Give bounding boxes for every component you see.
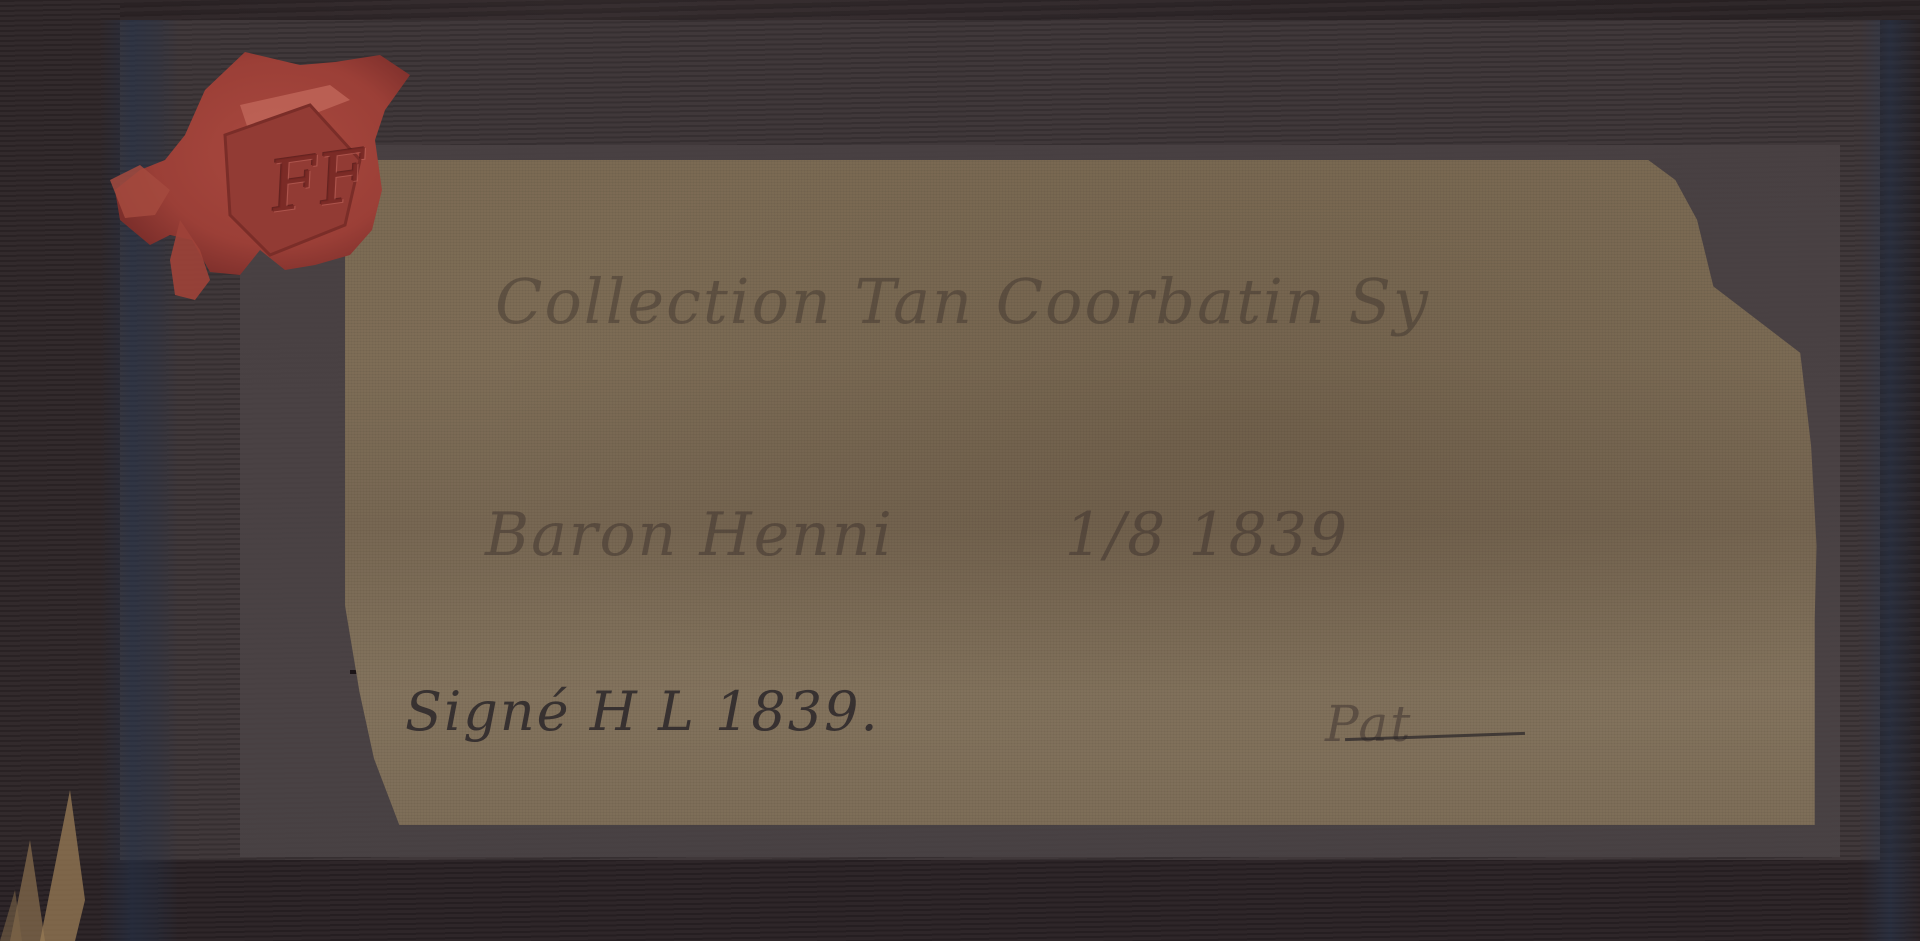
- label-line-owner: Baron Henni 1/8 1839: [485, 500, 1349, 570]
- owner-date: 1/8 1839: [1065, 500, 1349, 570]
- label-line-faint-note: Pat: [1325, 695, 1412, 753]
- owner-name: Baron Henni: [485, 500, 894, 570]
- blue-paint-streak-right: [1860, 20, 1920, 941]
- gold-brush-strokes: [0, 780, 130, 941]
- paper-label: Collection Tan Coorbatin Sy Baron Henni …: [345, 160, 1920, 825]
- label-line-signature: Signé H L 1839.: [405, 680, 880, 743]
- label-line-collection: Collection Tan Coorbatin Sy: [495, 265, 1430, 338]
- seal-monogram: FF: [265, 134, 373, 229]
- wood-bottom-rail: [0, 860, 1920, 941]
